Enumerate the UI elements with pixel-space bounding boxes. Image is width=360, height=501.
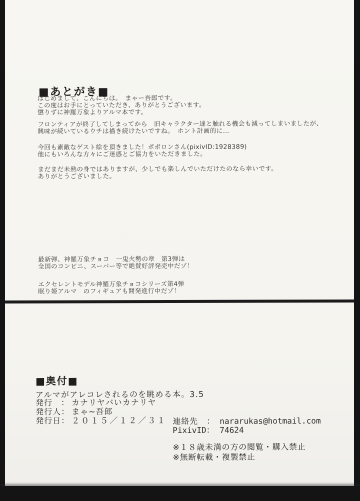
afterword-line: 他にもいろんな方々にご迷惑とご協力をいただきました。	[38, 151, 247, 159]
issue-date-value: ２０１５／１２／３１	[72, 416, 167, 425]
publisher-value: カナリヤバいカナリヤ	[72, 398, 157, 407]
afterword-line: ありがとうございました。	[38, 173, 278, 181]
publisher-label: 発行 ：	[36, 398, 72, 407]
age-restriction-notice: ※１８歳未満の方の閲覧・購入禁止	[173, 443, 306, 453]
issuer-label: 発行人：	[36, 407, 72, 416]
issuer-row: 発行人： まゃ~吾郎	[36, 407, 167, 416]
issue-date-row: 発行日： ２０１５／１２／３１	[36, 416, 167, 425]
contact-email: nararukas@hotmail.com	[220, 417, 321, 426]
afterword-paragraph-1: はじめまして、こんにちは。 まゃー吾郎です。 この度はお手にとっていただき、あり…	[37, 95, 205, 117]
scan-edge-left	[0, 0, 5, 501]
colophon-publication-rows: 発行 ： カナリヤバいカナリヤ 発行人： まゃ~吾郎 発行日： ２０１５／１２／…	[36, 398, 167, 425]
afterword-line: まだまだ未熟の身ではありますが、少しでも楽しんでいただけたのなら幸いです。	[38, 166, 278, 174]
announcement-paragraph-1: 最新弾、神羅万象チョコ 一鬼火勢の章 第3弾は 全国のコンビニ、スーパー等で絶賛…	[38, 256, 194, 271]
contact-label: 連絡先 ：	[173, 417, 217, 426]
pixiv-id-row: PixivID： 74624	[173, 426, 321, 436]
afterword-line: 懲りずに神羅万象よりアルマ本です。	[38, 109, 206, 117]
afterword-paragraph-4: まだまだ未熟の身ではありますが、少しでも楽しんでいただけたのなら幸いです。 あり…	[38, 166, 278, 181]
contact-row: 連絡先 ： nararukas@hotmail.com	[173, 417, 321, 427]
announcement-line: 眠り姫アルマ のフィギュアも開発進行中だゾ！	[38, 288, 184, 296]
page-content: ■あとがき■ はじめまして、こんにちは。 まゃー吾郎です。 この度はお手にとって…	[0, 0, 360, 501]
no-reproduction-notice: ※無断転載・複製禁止	[173, 452, 306, 462]
pixiv-id-label: PixivID：	[173, 426, 217, 435]
publisher-row: 発行 ： カナリヤバいカナリヤ	[36, 398, 167, 407]
afterword-paragraph-2: フロンティアが終了してしまってから 旧キャラクター達と触れる機会も減ってしまいま…	[38, 121, 323, 136]
colophon-heading: ■奥付■	[35, 372, 78, 387]
announcement-line: 全国のコンビニ、スーパー等で絶賛好評発売中だゾ！	[38, 263, 194, 271]
scanned-doujinshi-page: ■あとがき■ はじめまして、こんにちは。 まゃー吾郎です。 この度はお手にとって…	[0, 0, 360, 501]
pixiv-id-value: 74624	[220, 426, 244, 435]
afterword-paragraph-3: 今回も素敵なゲスト絵を頂きました！ポポロンさん(pixivID:1928389)…	[38, 144, 247, 159]
issue-date-label: 発行日：	[36, 416, 72, 425]
announcement-paragraph-2: エクセレントモデル神羅万象チョコシリーズ第4弾 眠り姫アルマ のフィギュアも開発…	[38, 281, 184, 296]
afterword-line: 興味が続いているウチは描き続けたいですね。 ホント計画的に…	[38, 128, 323, 136]
scan-edge-right	[354, 0, 360, 501]
scan-edge-bottom	[0, 486, 360, 501]
colophon-notices: ※１８歳未満の方の閲覧・購入禁止 ※無断転載・複製禁止	[173, 443, 306, 462]
colophon-contact-rows: 連絡先 ： nararukas@hotmail.com PixivID： 746…	[173, 417, 321, 436]
issuer-value: まゃ~吾郎	[72, 407, 113, 416]
